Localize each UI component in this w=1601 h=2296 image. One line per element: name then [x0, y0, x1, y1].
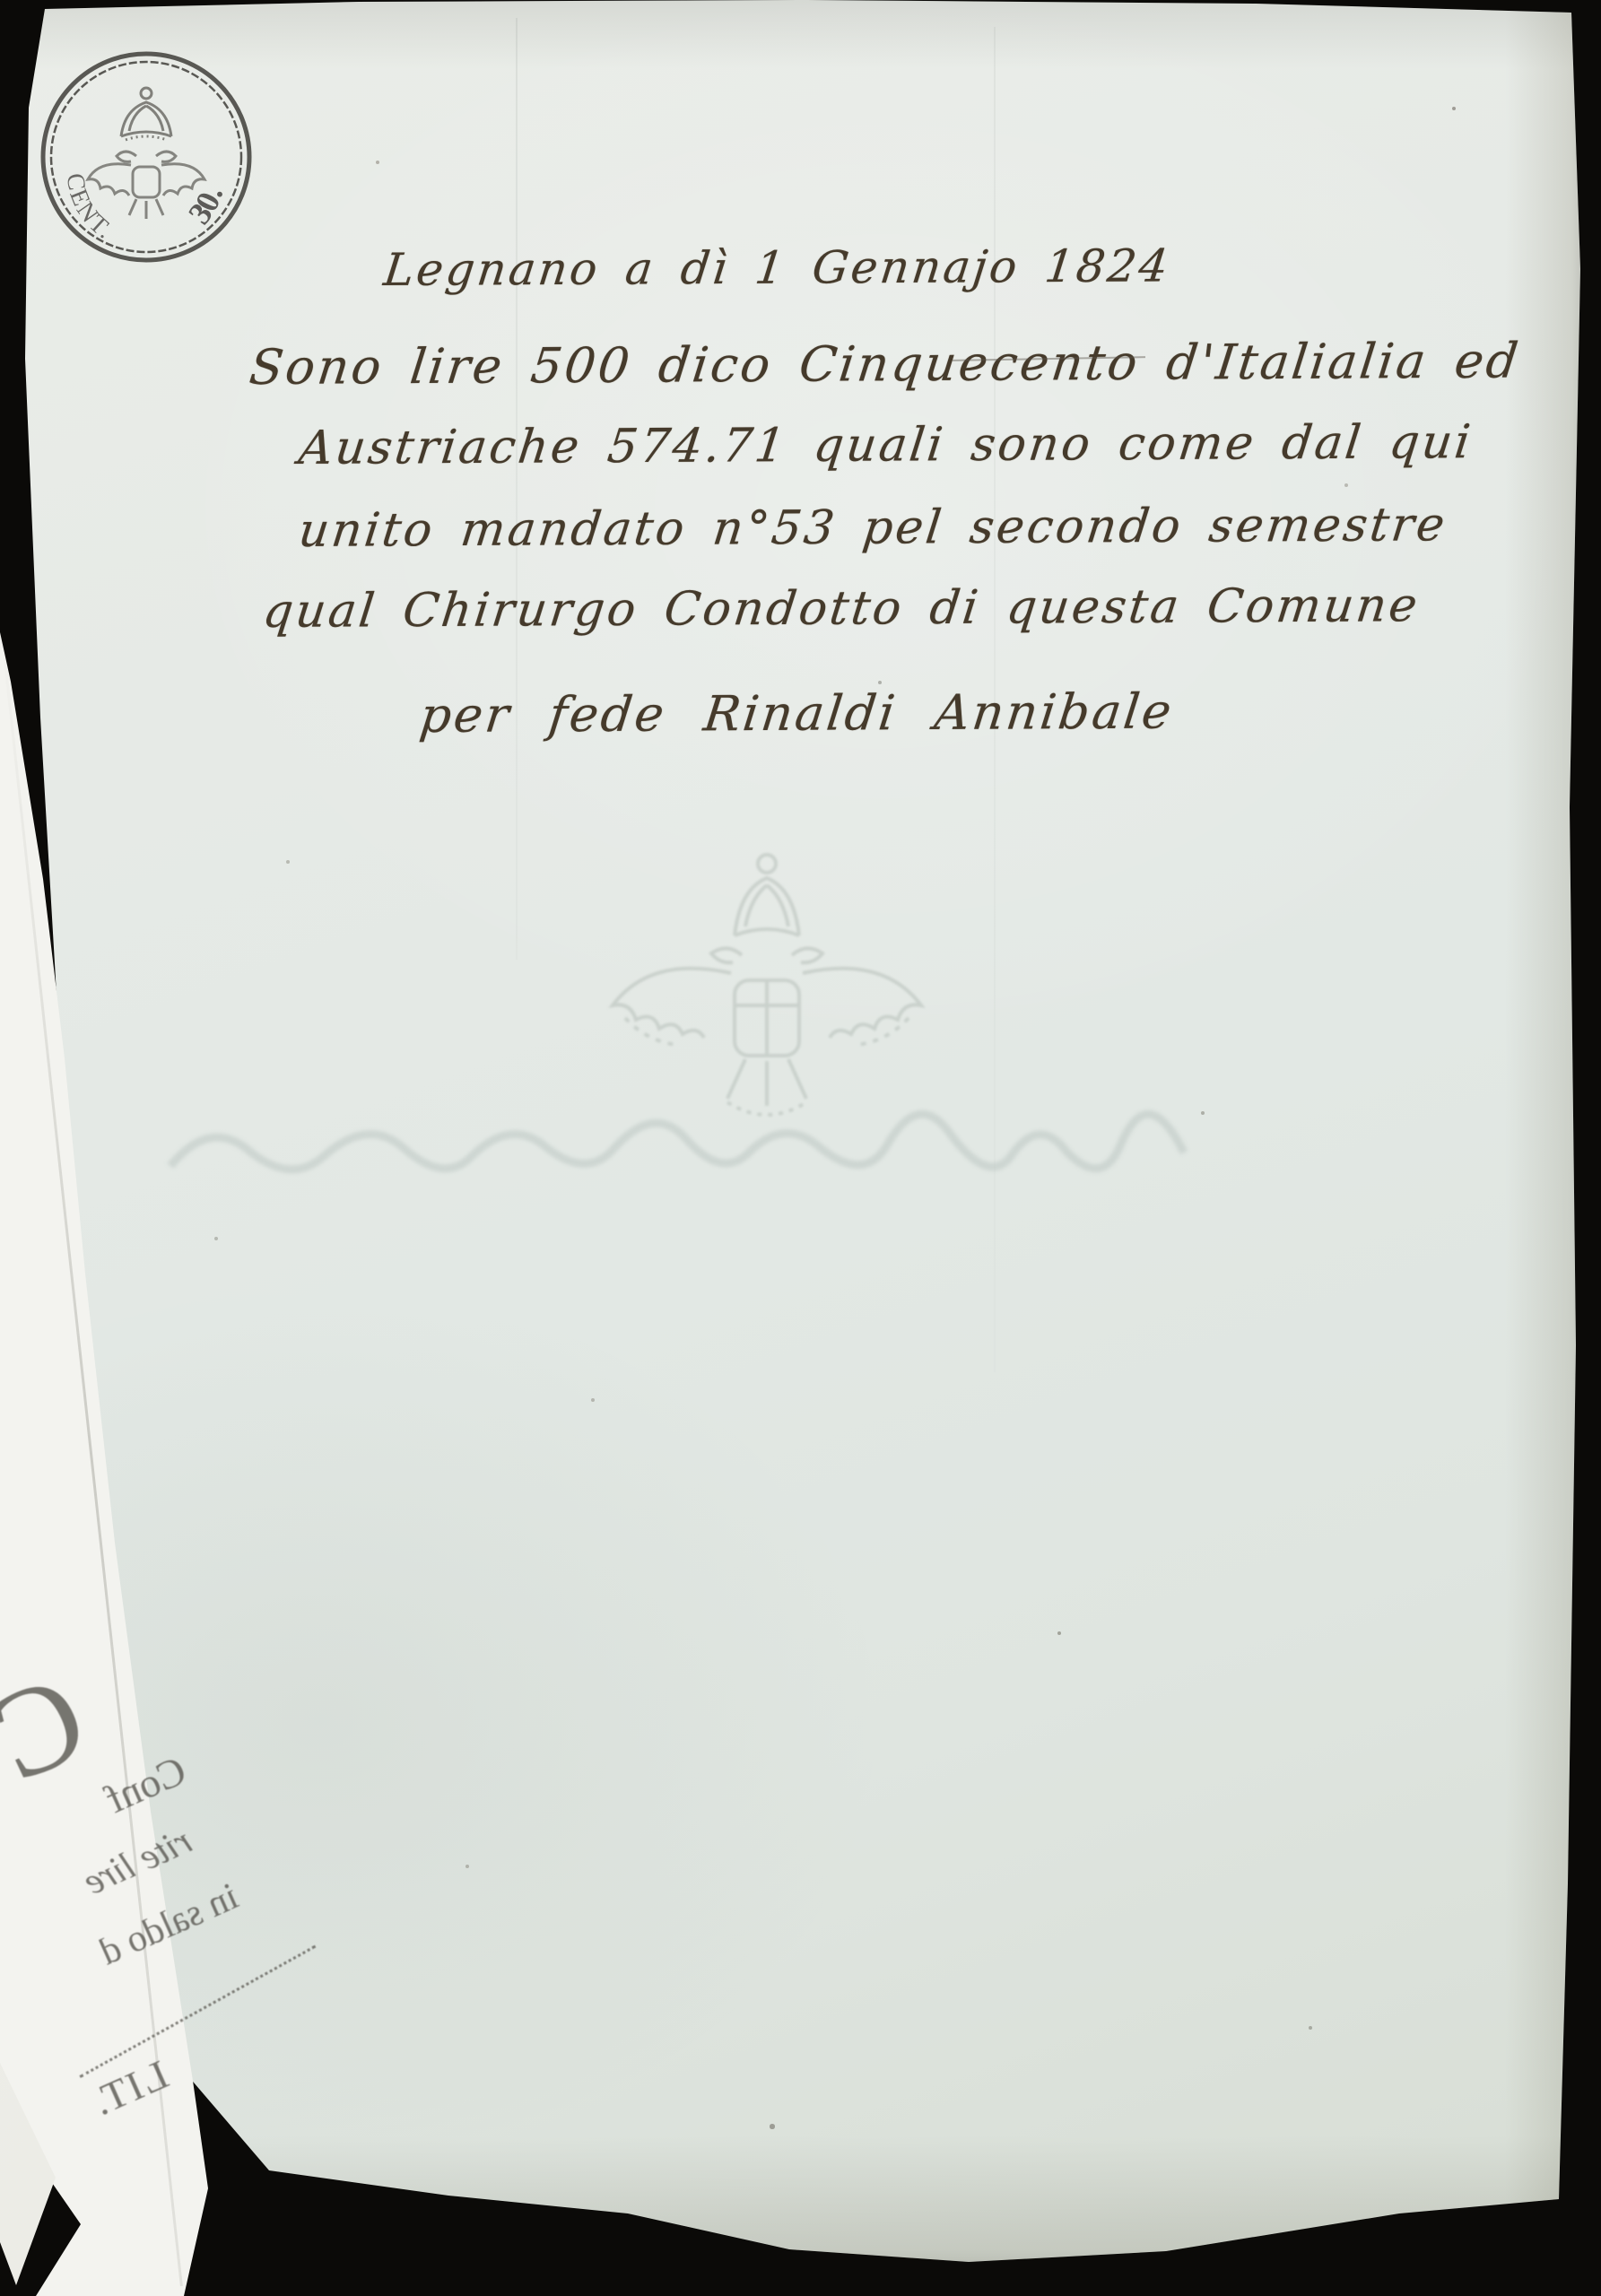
handwriting-line-chirurgo: qual Chirurgo Condotto di questa Comune — [260, 578, 1423, 639]
revenue-stamp: CENT. 30. — [36, 47, 257, 267]
document-photo: CENT. 30. Legnano a dì 1 Gennajo 1824 So… — [0, 0, 1601, 2296]
ink-showthrough — [54, 1045, 1202, 1215]
stamp-unit-label: CENT. — [61, 171, 118, 245]
mirrored-print-line: rite lire — [78, 1819, 198, 1904]
handwriting-line-date: Legnano a dì 1 Gennajo 1824 — [381, 239, 1173, 296]
handwriting-line-austrian-lire: Austriache 574.71 quali sono come dal qu… — [296, 415, 1475, 475]
foxing-specks — [0, 0, 2, 2]
mirrored-drop-cap: C — [0, 1645, 107, 1811]
stamp-crown-icon — [121, 88, 171, 140]
svg-text:CENT.: CENT. — [61, 171, 118, 245]
mirrored-print-lit: LIT. — [84, 2050, 176, 2126]
mirrored-print-line: Conf — [99, 1746, 194, 1823]
stamp-outer-ring — [43, 54, 249, 260]
handwriting-line-signature: per fede Rinaldi Annibale — [417, 683, 1177, 744]
vertical-crease — [516, 18, 518, 960]
handwriting-line-amount: Sono lire 500 dico Cinquecento d'Italial… — [247, 333, 1524, 396]
handwriting-line-mandato: unito mandato n°53 pel secondo semestre — [296, 498, 1450, 558]
